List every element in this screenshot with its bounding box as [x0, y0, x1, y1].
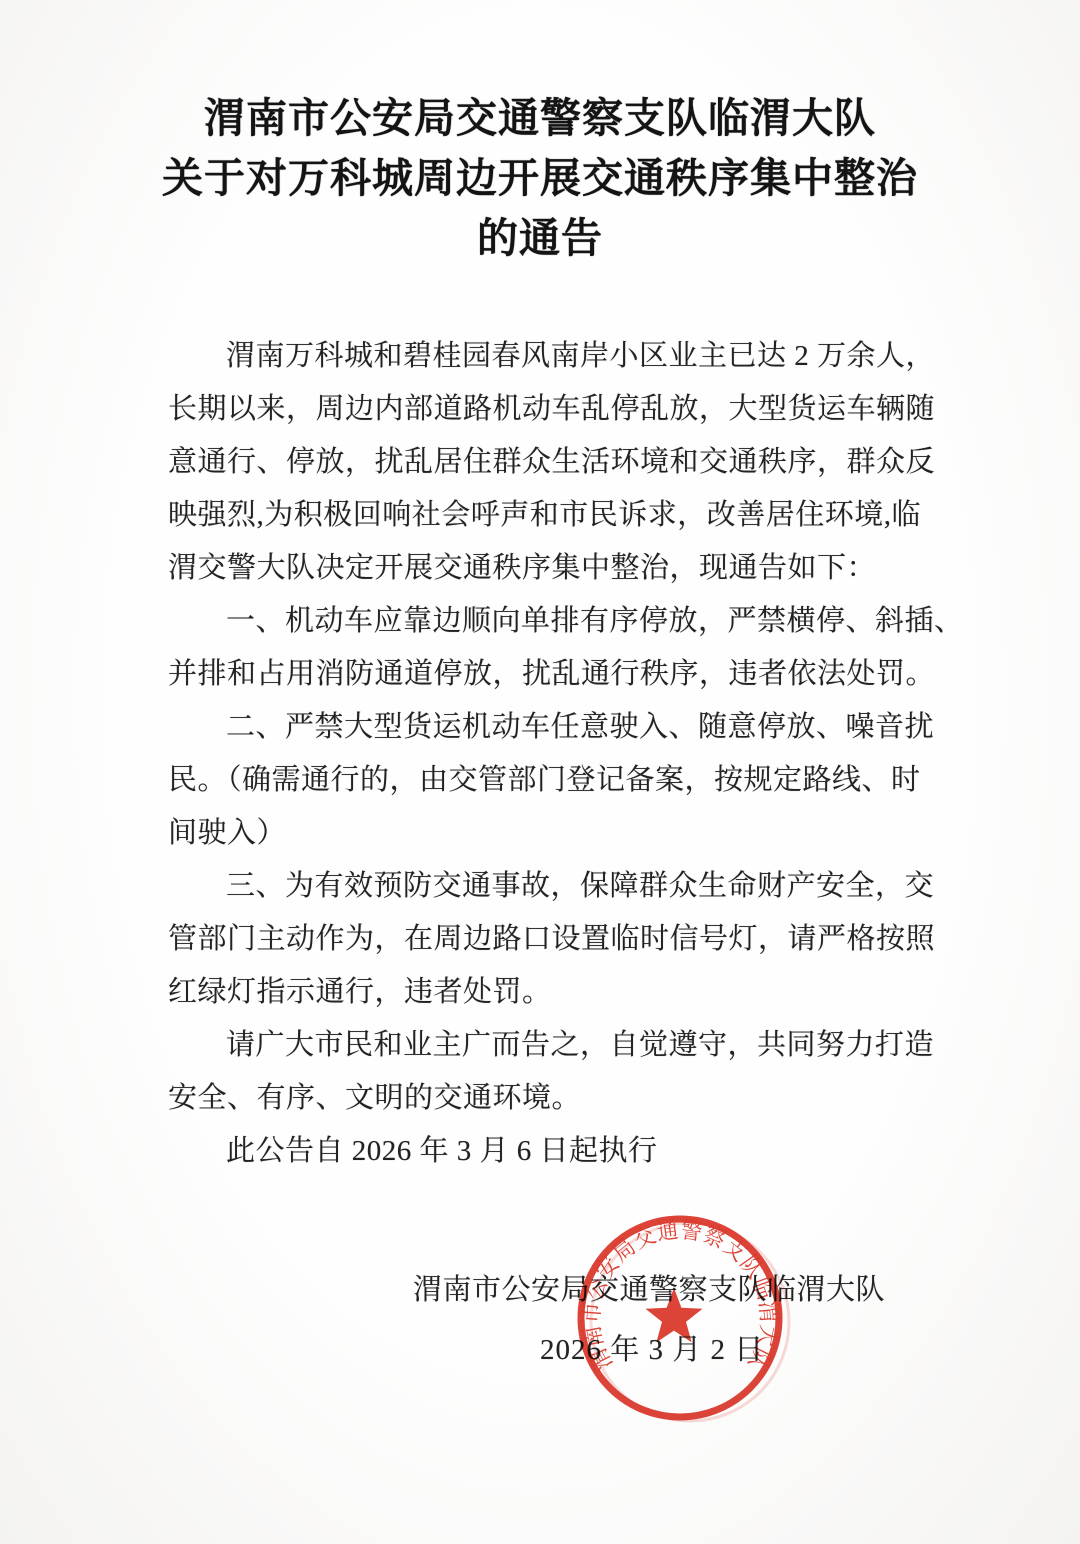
title-line-3: 的通告	[0, 208, 1080, 268]
body-line: 此公告自 2026 年 3 月 6 日起执行	[168, 1125, 928, 1178]
notice-title: 渭南市公安局交通警察支队临渭大队 关于对万科城周边开展交通秩序集中整治 的通告	[0, 88, 1080, 268]
body-line: 映强烈,为积极回响社会呼声和市民诉求，改善居住环境,临	[168, 489, 928, 542]
notice-body: 渭南万科城和碧桂园春风南岸小区业主已达 2 万余人， 长期以来，周边内部道路机动…	[168, 330, 928, 1178]
body-line: 渭交警大队决定开展交通秩序集中整治，现通告如下：	[168, 542, 928, 595]
seal-star-icon	[646, 1288, 703, 1342]
body-line: 三、为有效预防交通事故，保障群众生命财产安全，交	[168, 860, 928, 913]
body-line: 并排和占用消防通道停放，扰乱通行秩序，违者依法处罚。	[168, 648, 928, 701]
body-line: 长期以来，周边内部道路机动车乱停乱放，大型货运车辆随	[168, 383, 928, 436]
body-line: 民。（确需通行的，由交管部门登记备案，按规定路线、时	[168, 754, 928, 807]
body-line: 二、严禁大型货运机动车任意驶入、随意停放、噪音扰	[168, 701, 928, 754]
body-line: 请广大市民和业主广而告之，自觉遵守，共同努力打造	[168, 1019, 928, 1072]
body-line: 红绿灯指示通行，违者处罚。	[168, 966, 928, 1019]
notice-document: 渭南市公安局交通警察支队临渭大队 关于对万科城周边开展交通秩序集中整治 的通告 …	[0, 0, 1080, 1544]
body-line: 间驶入）	[168, 807, 928, 860]
seal-arc-text: 渭南市公安局交通警察支队临渭大队	[577, 1216, 782, 1374]
body-line: 管部门主动作为，在周边路口设置临时信号灯，请严格按照	[168, 913, 928, 966]
title-line-2: 关于对万科城周边开展交通秩序集中整治	[0, 148, 1080, 208]
body-line: 渭南万科城和碧桂园春风南岸小区业主已达 2 万余人，	[168, 330, 928, 383]
body-line: 一、机动车应靠边顺向单排有序停放，严禁横停、斜插、	[168, 595, 928, 648]
title-line-1: 渭南市公安局交通警察支队临渭大队	[0, 88, 1080, 148]
official-seal: 渭南市公安局交通警察支队临渭大队	[563, 1201, 797, 1435]
body-line: 意通行、停放，扰乱居住群众生活环境和交通秩序，群众反	[168, 436, 928, 489]
body-line: 安全、有序、文明的交通环境。	[168, 1072, 928, 1125]
